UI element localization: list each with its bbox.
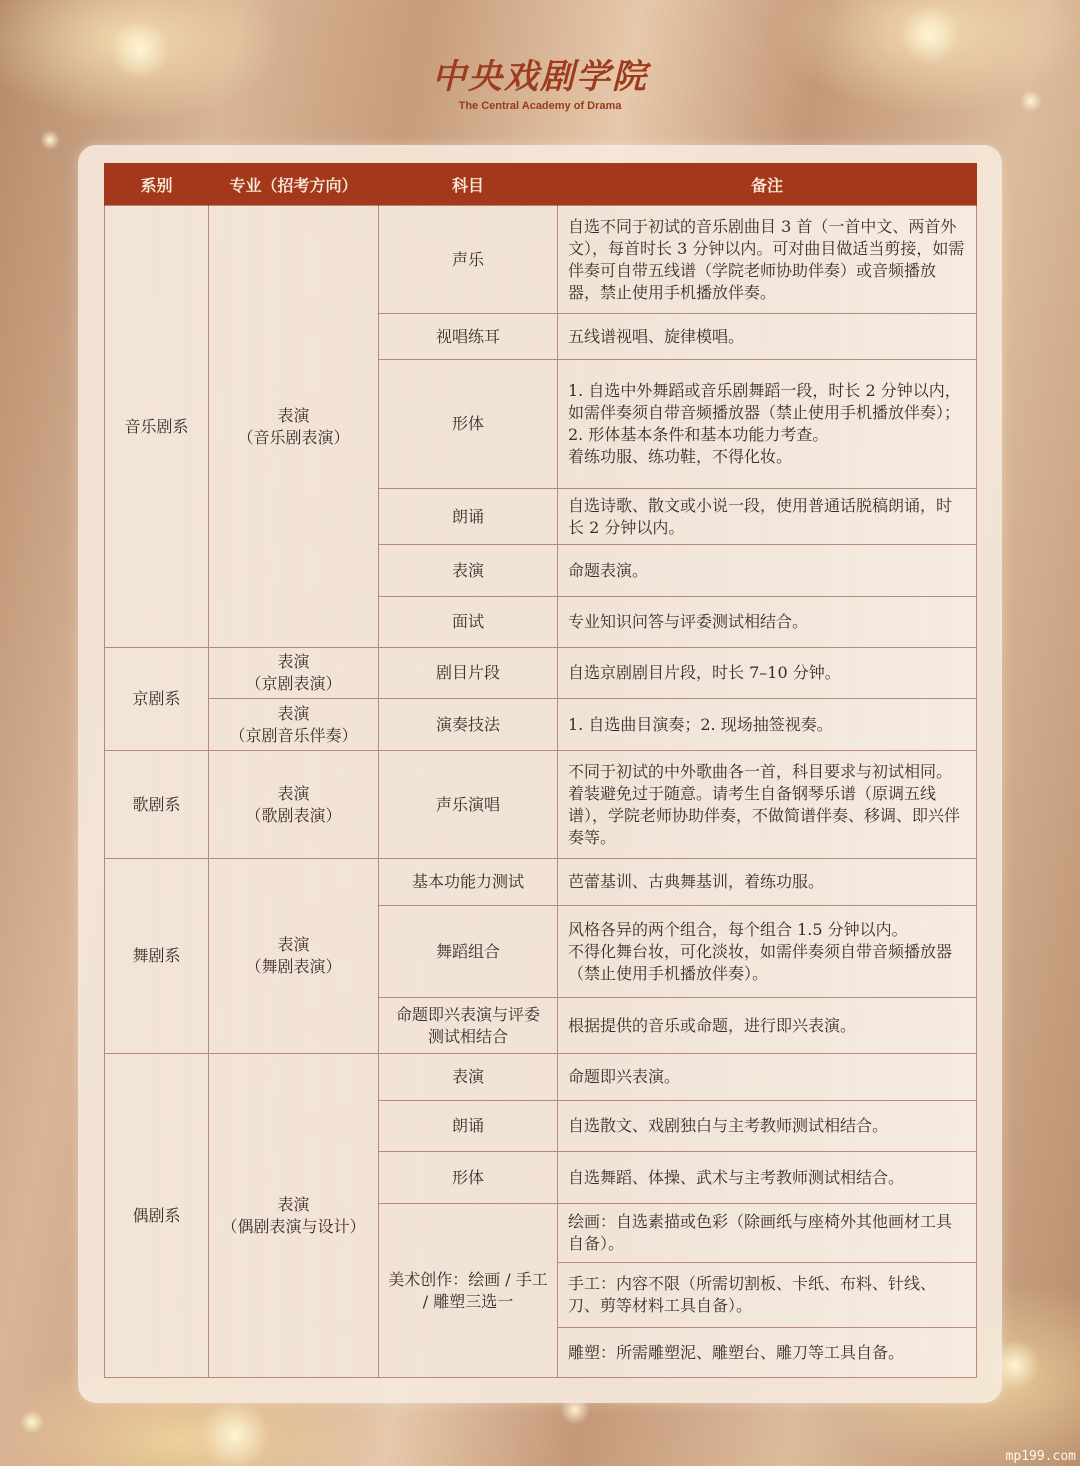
notes-cell: 1. 自选曲目演奏；2. 现场抽签视奏。 (558, 699, 977, 751)
department-cell: 音乐剧系 (105, 206, 209, 648)
notes-cell: 自选舞蹈、体操、武术与主考教师测试相结合。 (558, 1152, 977, 1204)
notes-cell: 根据提供的音乐或命题，进行即兴表演。 (558, 998, 977, 1054)
notes-cell: 风格各异的两个组合，每个组合 1.5 分钟以内。 不得化舞台妆，可化淡妆，如需伴… (558, 906, 977, 998)
column-header-notes: 备注 (558, 163, 977, 206)
table-row: 偶剧系 表演 （偶剧表演与设计） 表演 命题即兴表演。 (105, 1054, 977, 1101)
notes-cell: 雕塑：所需雕塑泥、雕塑台、雕刀等工具自备。 (558, 1328, 977, 1378)
notes-cell: 手工：内容不限（所需切割板、卡纸、布料、针线、刀、剪等材料工具自备）。 (558, 1263, 977, 1328)
logo-chinese: 中央戏剧学院 (0, 58, 1080, 96)
subject-cell: 朗诵 (379, 489, 558, 545)
notes-cell: 1. 自选中外舞蹈或音乐剧舞蹈一段，时长 2 分钟以内，如需伴奏须自带音频播放器… (558, 360, 977, 489)
column-header-major: 专业（招考方向） (209, 163, 379, 206)
table-row: 表演 （京剧音乐伴奏） 演奏技法 1. 自选曲目演奏；2. 现场抽签视奏。 (105, 699, 977, 751)
subject-cell: 声乐演唱 (379, 751, 558, 859)
notes-cell: 自选京剧剧目片段，时长 7–10 分钟。 (558, 648, 977, 699)
subject-cell: 基本功能力测试 (379, 859, 558, 906)
notes-cell: 专业知识问答与评委测试相结合。 (558, 597, 977, 648)
subject-cell: 美术创作：绘画 / 手工 / 雕塑三选一 (379, 1204, 558, 1378)
subject-cell: 命题即兴表演与评委测试相结合 (379, 998, 558, 1054)
subject-cell: 演奏技法 (379, 699, 558, 751)
notes-cell: 不同于初试的中外歌曲各一首，科目要求与初试相同。着装避免过于随意。请考生自备钢琴… (558, 751, 977, 859)
notes-cell: 自选散文、戏剧独白与主考教师测试相结合。 (558, 1101, 977, 1152)
notes-cell: 自选诗歌、散文或小说一段，使用普通话脱稿朗诵，时长 2 分钟以内。 (558, 489, 977, 545)
department-cell: 京剧系 (105, 648, 209, 751)
table-row: 舞剧系 表演 （舞剧表演） 基本功能力测试 芭蕾基训、古典舞基训，着练功服。 (105, 859, 977, 906)
major-cell: 表演 （音乐剧表演） (209, 206, 379, 648)
table-row: 京剧系 表演 （京剧表演） 剧目片段 自选京剧剧目片段，时长 7–10 分钟。 (105, 648, 977, 699)
logo-english: The Central Academy of Drama (0, 100, 1080, 112)
subject-cell: 舞蹈组合 (379, 906, 558, 998)
academy-logo: 中央戏剧学院 The Central Academy of Drama (0, 58, 1080, 112)
department-cell: 歌剧系 (105, 751, 209, 859)
notes-cell: 五线谱视唱、旋律模唱。 (558, 314, 977, 360)
major-cell: 表演 （偶剧表演与设计） (209, 1054, 379, 1378)
notes-cell: 芭蕾基训、古典舞基训，着练功服。 (558, 859, 977, 906)
column-header-subject: 科目 (379, 163, 558, 206)
notes-cell: 命题即兴表演。 (558, 1054, 977, 1101)
subject-cell: 剧目片段 (379, 648, 558, 699)
column-header-department: 系别 (105, 163, 209, 206)
major-cell: 表演 （京剧音乐伴奏） (209, 699, 379, 751)
exam-requirements-table: 系别 专业（招考方向） 科目 备注 音乐剧系 表演 （音乐剧表演） 声乐 自选不… (104, 163, 977, 1378)
notes-cell: 自选不同于初试的音乐剧曲目 3 首（一首中文、两首外文），每首时长 3 分钟以内… (558, 206, 977, 314)
table-header-row: 系别 专业（招考方向） 科目 备注 (105, 163, 977, 206)
watermark: mp199.com (1006, 1449, 1076, 1464)
subject-cell: 形体 (379, 360, 558, 489)
department-cell: 舞剧系 (105, 859, 209, 1054)
subject-cell: 视唱练耳 (379, 314, 558, 360)
subject-cell: 表演 (379, 545, 558, 597)
major-cell: 表演 （舞剧表演） (209, 859, 379, 1054)
major-cell: 表演 （歌剧表演） (209, 751, 379, 859)
subject-cell: 朗诵 (379, 1101, 558, 1152)
sparkle-decoration (40, 130, 60, 150)
table-row: 歌剧系 表演 （歌剧表演） 声乐演唱 不同于初试的中外歌曲各一首，科目要求与初试… (105, 751, 977, 859)
table-row: 音乐剧系 表演 （音乐剧表演） 声乐 自选不同于初试的音乐剧曲目 3 首（一首中… (105, 206, 977, 314)
subject-cell: 形体 (379, 1152, 558, 1204)
subject-cell: 表演 (379, 1054, 558, 1101)
subject-cell: 面试 (379, 597, 558, 648)
notes-cell: 绘画：自选素描或色彩（除画纸与座椅外其他画材工具自备）。 (558, 1204, 977, 1263)
sparkle-decoration (20, 1410, 44, 1434)
major-cell: 表演 （京剧表演） (209, 648, 379, 699)
sparkle-decoration (200, 1400, 270, 1466)
subject-cell: 声乐 (379, 206, 558, 314)
department-cell: 偶剧系 (105, 1054, 209, 1378)
sparkle-decoration (900, 5, 960, 65)
major-label: 表演 （音乐剧表演） (237, 406, 349, 447)
notes-cell: 命题表演。 (558, 545, 977, 597)
